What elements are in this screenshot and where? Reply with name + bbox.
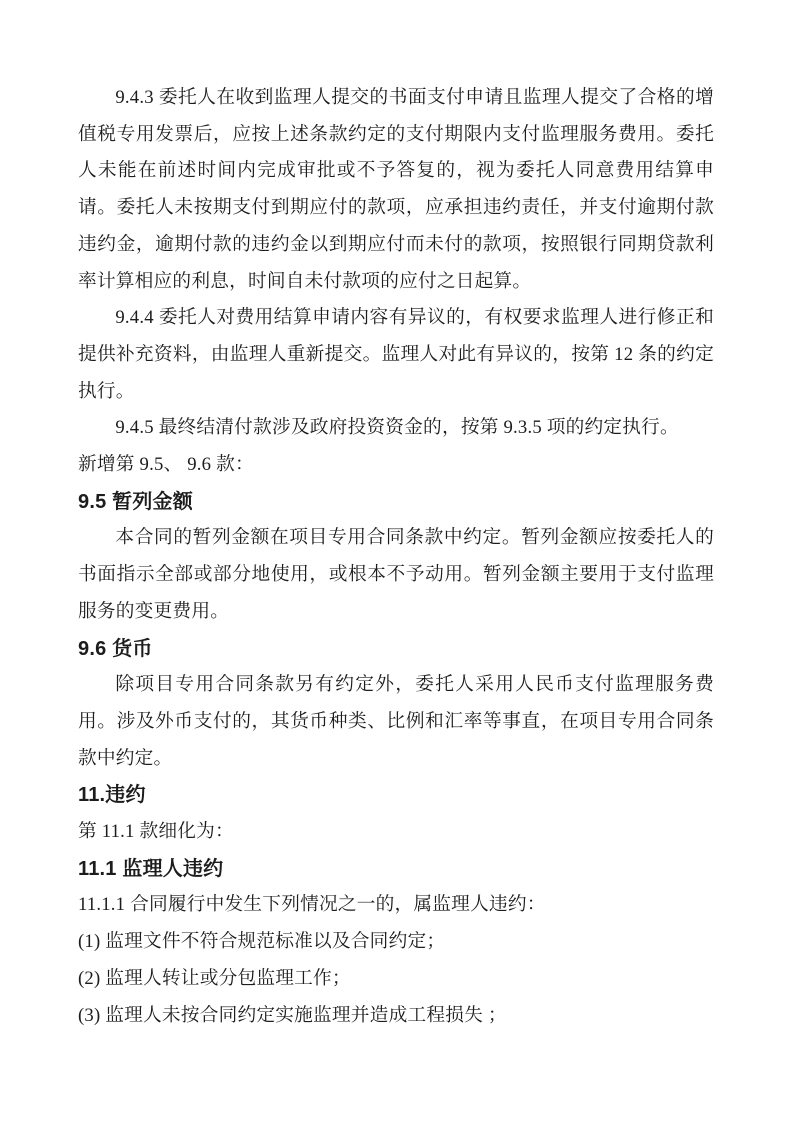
paragraph-9-4-4: 9.4.4 委托人对费用结算申请内容有异议的，有权要求监理人进行修正和提供补充资…	[78, 300, 714, 410]
heading-11-breach: 11.违约	[78, 777, 714, 814]
paragraph-9-4-3: 9.4.3 委托人在收到监理人提交的书面支付申请且监理人提交了合格的增值税专用发…	[78, 80, 714, 300]
list-item-2: (2) 监理人转让或分包监理工作；	[78, 961, 714, 998]
paragraph-currency: 除项目专用合同条款另有约定外，委托人采用人民币支付监理服务费用。涉及外币支付的，…	[78, 667, 714, 777]
paragraph-new-clauses-note: 新增第 9.5、 9.6 款：	[78, 447, 714, 484]
paragraph-11-1-note: 第 11.1 款细化为：	[78, 814, 714, 851]
heading-9-5-provisional-sum: 9.5 暂列金额	[78, 484, 714, 521]
heading-9-6-currency: 9.6 货币	[78, 631, 714, 668]
paragraph-9-4-5: 9.4.5 最终结清付款涉及政府投资资金的，按第 9.3.5 项的约定执行。	[78, 410, 714, 447]
list-item-1: (1) 监理文件不符合规范标准以及合同约定；	[78, 924, 714, 961]
heading-11-1-supervisor-breach: 11.1 监理人违约	[78, 851, 714, 888]
list-item-3: (3) 监理人未按合同约定实施监理并造成工程损失 ；	[78, 998, 714, 1035]
paragraph-provisional-sum: 本合同的暂列金额在项目专用合同条款中约定。暂列金额应按委托人的书面指示全部或部分…	[78, 520, 714, 630]
paragraph-11-1-1: 11.1.1 合同履行中发生下列情况之一的，属监理人违约：	[78, 887, 714, 924]
document-page: 9.4.3 委托人在收到监理人提交的书面支付申请且监理人提交了合格的增值税专用发…	[0, 0, 793, 1122]
